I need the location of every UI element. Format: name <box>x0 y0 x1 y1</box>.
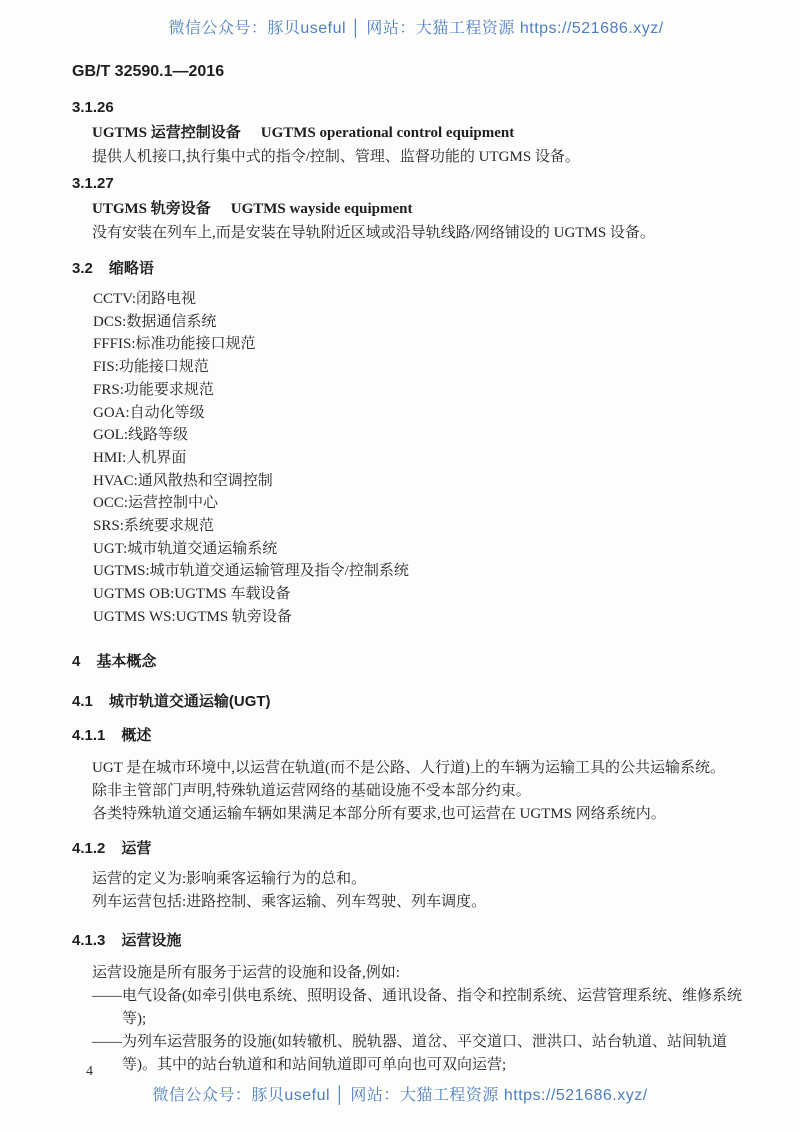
bullet-text: 为列车运营服务的设施(如转辙机、脱轨器、道岔、平交道口、泄洪口、站台轨道、站间轨… <box>122 1031 760 1077</box>
abbreviation-item: UGTMS OB:UGTMS 车载设备 <box>93 583 760 606</box>
heading-title: 运营 <box>121 840 151 857</box>
heading-title: 运营设施 <box>121 932 181 949</box>
heading-number: 4.1.3 <box>72 932 105 949</box>
watermark-top: 微信公众号：豚贝useful │ 网站：大猫工程资源 https://52168… <box>72 18 760 40</box>
abbreviation-item: GOA:自动化等级 <box>93 402 760 425</box>
heading-number: 4.1.1 <box>72 727 105 744</box>
heading-4-1: 4.1城市轨道交通运输(UGT) <box>72 691 760 713</box>
clause-number-3-1-27: 3.1.27 <box>72 174 760 194</box>
bullet-item: —— 电气设备(如牵引供电系统、照明设备、通讯设备、指令和控制系统、运营管理系统… <box>92 985 760 1031</box>
watermark-bottom: 微信公众号：豚贝useful │ 网站：大猫工程资源 https://52168… <box>0 1082 800 1105</box>
term-en: UGTMS wayside equipment <box>231 201 413 217</box>
paragraph: 运营的定义为:影响乘客运输行为的总和。 <box>92 868 760 891</box>
heading-title: 缩略语 <box>109 260 154 277</box>
heading-4-1-2: 4.1.2运营 <box>72 838 760 860</box>
abbreviation-item: GOL:线路等级 <box>93 424 760 447</box>
paragraph: 列车运营包括:进路控制、乘客运输、列车驾驶、列车调度。 <box>92 891 760 914</box>
page-number: 4 <box>86 1063 93 1081</box>
abbreviation-item: FIS:功能接口规范 <box>93 356 760 379</box>
heading-4-1-1: 4.1.1概述 <box>72 725 760 747</box>
doc-code: GB/T 32590.1—2016 <box>72 62 760 82</box>
heading-number: 4.1.2 <box>72 840 105 857</box>
abbreviation-item: HMI:人机界面 <box>93 447 760 470</box>
term-en: UGTMS operational control equipment <box>261 125 514 141</box>
document-page: 微信公众号：豚贝useful │ 网站：大猫工程资源 https://52168… <box>0 0 800 1132</box>
heading-4-1-3: 4.1.3运营设施 <box>72 930 760 952</box>
section-4-1-3-intro: 运营设施是所有服务于运营的设施和设备,例如: <box>92 962 760 985</box>
clause-number-3-1-26: 3.1.26 <box>72 98 760 118</box>
paragraph: UGT 是在城市环境中,以运营在轨道(而不是公路、人行道)上的车辆为运输工具的公… <box>92 757 760 780</box>
heading-number: 4 <box>72 653 80 670</box>
term-definition-3-1-27: 没有安装在列车上,而是安装在导轨附近区域或沿导轨线路/网络铺设的 UGTMS 设… <box>92 222 760 244</box>
heading-number: 4.1 <box>72 693 93 710</box>
paragraph: 除非主管部门声明,特殊轨道运营网络的基础设施不受本部分约束。 <box>92 780 760 803</box>
term-definition-3-1-26: 提供人机接口,执行集中式的指令/控制、管理、监督功能的 UTGMS 设备。 <box>92 146 760 168</box>
bullet-dash: —— <box>92 1031 122 1077</box>
heading-title: 基本概念 <box>96 653 156 670</box>
heading-title: 概述 <box>121 727 151 744</box>
section-4-1-2-body: 运营的定义为:影响乘客运输行为的总和。 列车运营包括:进路控制、乘客运输、列车驾… <box>92 868 760 914</box>
abbreviation-item: OCC:运营控制中心 <box>93 492 760 515</box>
bullet-dash: —— <box>92 985 122 1031</box>
abbreviation-item: UGTMS WS:UGTMS 轨旁设备 <box>93 606 760 629</box>
abbreviation-item: FFFIS:标准功能接口规范 <box>93 333 760 356</box>
heading-title: 城市轨道交通运输(UGT) <box>109 693 271 710</box>
abbreviation-item: CCTV:闭路电视 <box>93 288 760 311</box>
abbreviation-item: SRS:系统要求规范 <box>93 515 760 538</box>
abbreviation-item: FRS:功能要求规范 <box>93 379 760 402</box>
term-zh: UTGMS 轨旁设备 <box>92 201 211 217</box>
bullet-item: —— 为列车运营服务的设施(如转辙机、脱轨器、道岔、平交道口、泄洪口、站台轨道、… <box>92 1031 760 1077</box>
abbreviation-item: UGT:城市轨道交通运输系统 <box>93 538 760 561</box>
term-zh: UGTMS 运营控制设备 <box>92 125 241 141</box>
heading-3-2: 3.2缩略语 <box>72 258 760 280</box>
heading-number: 3.2 <box>72 260 93 277</box>
heading-4: 4基本概念 <box>72 651 760 673</box>
term-line-3-1-26: UGTMS 运营控制设备UGTMS operational control eq… <box>92 122 760 144</box>
paragraph: 各类特殊轨道交通运输车辆如果满足本部分所有要求,也可运营在 UGTMS 网络系统… <box>92 803 760 826</box>
term-line-3-1-27: UTGMS 轨旁设备UGTMS wayside equipment <box>92 198 760 220</box>
abbreviation-item: UGTMS:城市轨道交通运输管理及指令/控制系统 <box>93 560 760 583</box>
abbreviation-item: HVAC:通风散热和空调控制 <box>93 470 760 493</box>
abbreviation-list: CCTV:闭路电视 DCS:数据通信系统 FFFIS:标准功能接口规范 FIS:… <box>93 288 760 629</box>
bullet-text: 电气设备(如牵引供电系统、照明设备、通讯设备、指令和控制系统、运营管理系统、维修… <box>122 985 760 1031</box>
abbreviation-item: DCS:数据通信系统 <box>93 311 760 334</box>
section-4-1-1-body: UGT 是在城市环境中,以运营在轨道(而不是公路、人行道)上的车辆为运输工具的公… <box>92 757 760 826</box>
